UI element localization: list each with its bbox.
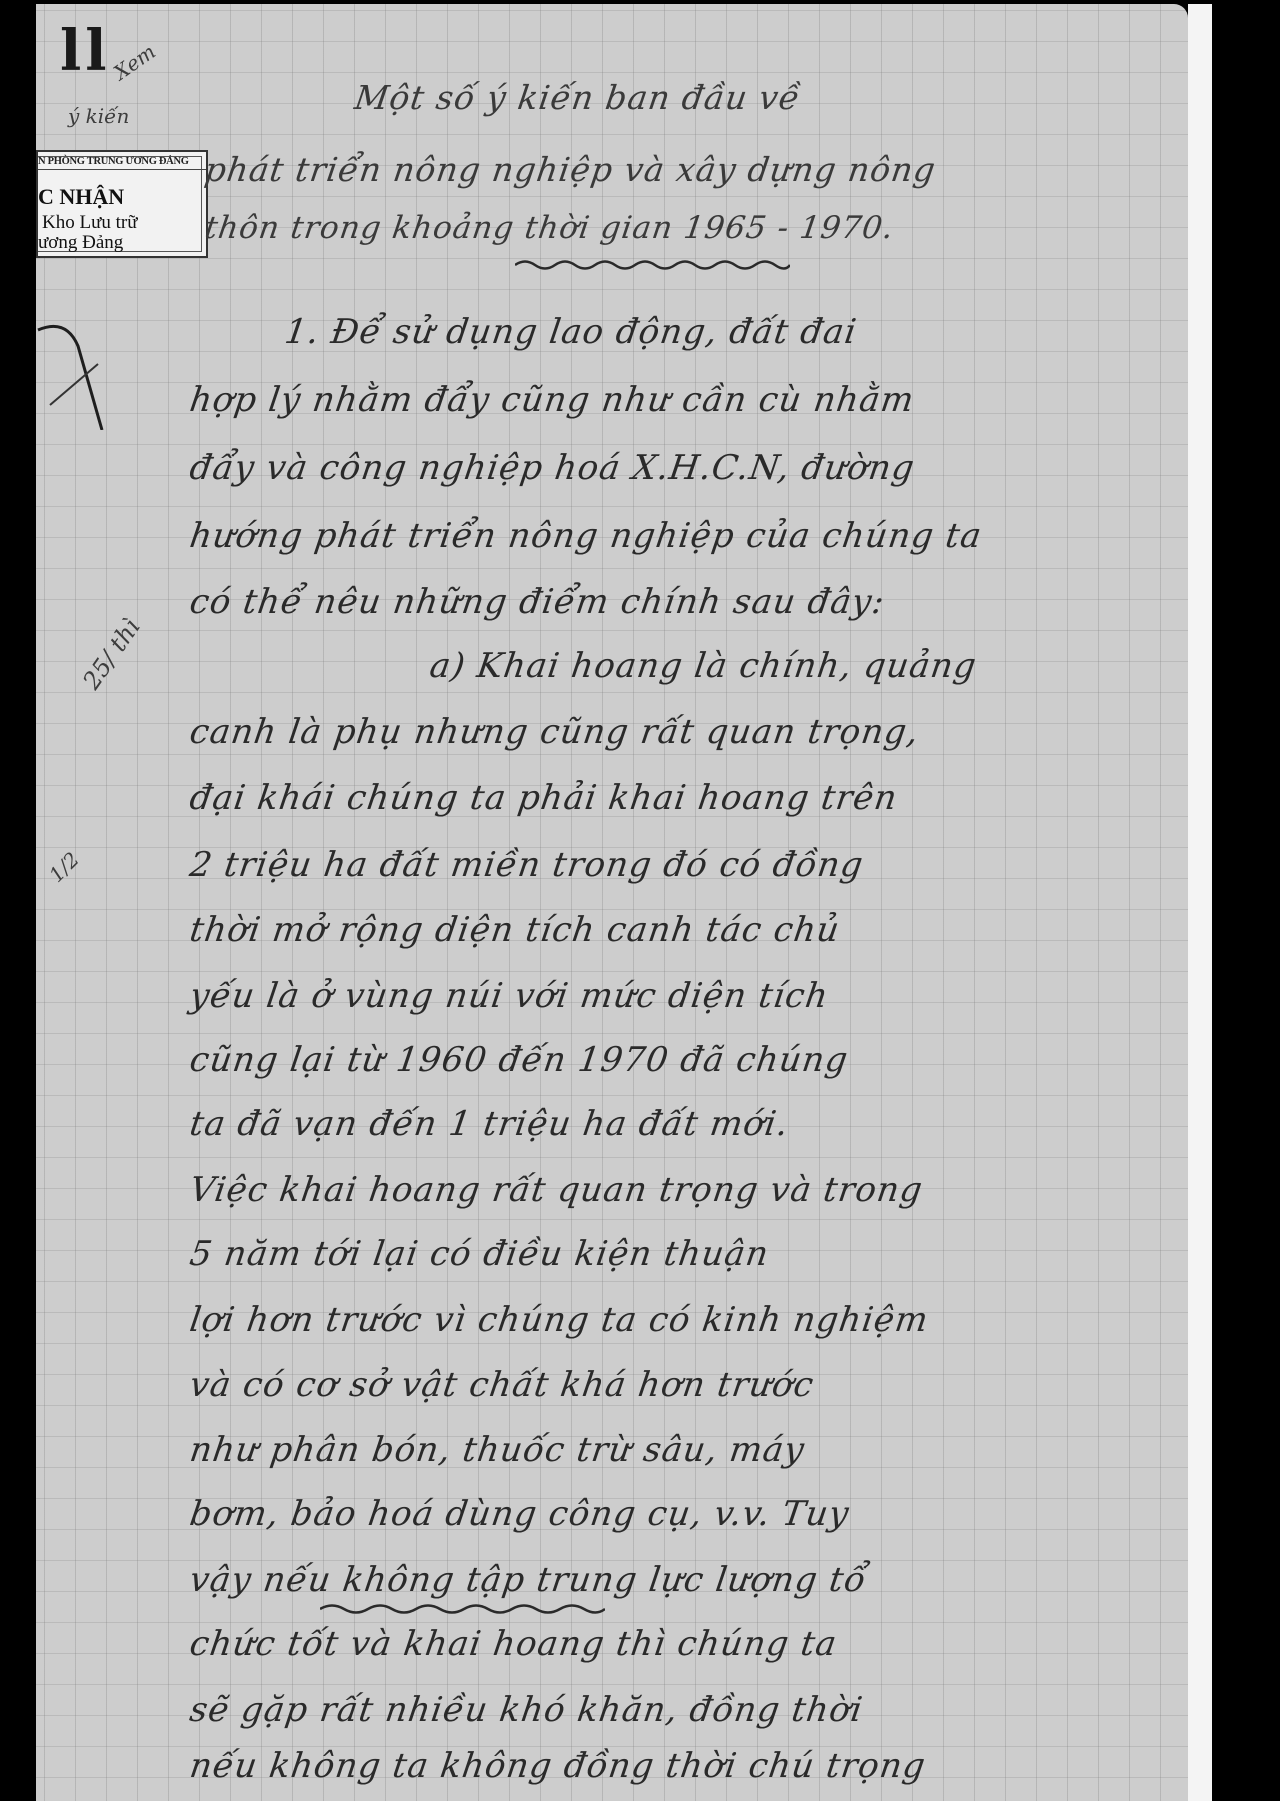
body-line: như phân bón, thuốc trừ sâu, máy <box>187 1430 807 1470</box>
body-line: cũng lại từ 1960 đến 1970 đã chúng <box>187 1040 851 1080</box>
body-underline-wave <box>320 1602 605 1616</box>
stamp-title: C NHẬN <box>38 184 124 210</box>
body-line: sẽ gặp rất nhiều khó khăn, đồng thời <box>187 1690 865 1730</box>
body-line: và có cơ sở vật chất khá hơn trước <box>187 1365 816 1405</box>
stamp-organization: N PHÒNG TRUNG ƯƠNG ĐẢNG <box>38 156 208 170</box>
page-edge-strip <box>1188 4 1212 1801</box>
body-line: canh là phụ nhưng cũng rất quan trọng, <box>187 712 921 752</box>
title-underline-wave <box>515 258 790 272</box>
body-line: a) Khai hoang là chính, quảng <box>427 646 979 686</box>
title-line-1: Một số ý kiến ban đầu về <box>352 78 803 117</box>
archive-stamp: N PHÒNG TRUNG ƯƠNG ĐẢNG C NHẬN Kho Lưu t… <box>36 150 208 258</box>
body-line: đại khái chúng ta phải khai hoang trên <box>187 778 900 818</box>
body-line: 2 triệu ha đất miền trong đó có đồng <box>187 845 866 885</box>
body-line: hướng phát triển nông nghiệp của chúng t… <box>187 516 984 556</box>
body-line: chức tốt và khai hoang thì chúng ta <box>187 1624 840 1664</box>
body-line: yếu là ở vùng núi với mức diện tích <box>187 976 831 1016</box>
body-line: bơm, bảo hoá dùng công cụ, v.v. Tuy <box>187 1494 852 1534</box>
body-line: nếu không ta không đồng thời chú trọng <box>187 1746 928 1786</box>
margin-note-top-2: ý kiến <box>68 104 129 128</box>
body-line: Việc khai hoang rất quan trọng và trong <box>187 1170 925 1210</box>
body-line: 5 năm tới lại có điều kiện thuận <box>187 1234 771 1274</box>
body-line: vậy nếu không tập trung lực lượng tổ <box>187 1560 869 1600</box>
body-line: ta đã vạn đến 1 triệu ha đất mới. <box>187 1104 791 1144</box>
body-line: 1. Để sử dụng lao động, đất đai <box>282 312 859 352</box>
body-line: thời mở rộng diện tích canh tác chủ <box>187 910 842 950</box>
margin-mark-top: ll <box>60 18 111 84</box>
body-line: lợi hơn trước vì chúng ta có kinh nghiệm <box>187 1300 931 1340</box>
title-line-2: phát triển nông nghiệp và xây dựng nông <box>202 150 938 189</box>
stamp-line-2: ương Đảng <box>38 232 123 254</box>
body-line: hợp lý nhằm đẩy cũng như cần cù nhằm <box>187 380 917 420</box>
title-line-3: thôn trong khoảng thời gian 1965 - 1970. <box>202 210 896 246</box>
margin-check-mark-icon <box>36 320 116 430</box>
body-line: đẩy và công nghiệp hoá X.H.C.N, đường <box>187 448 917 488</box>
body-line: có thể nêu những điểm chính sau đây: <box>187 582 887 622</box>
stamp-line-1: Kho Lưu trữ <box>42 212 138 234</box>
